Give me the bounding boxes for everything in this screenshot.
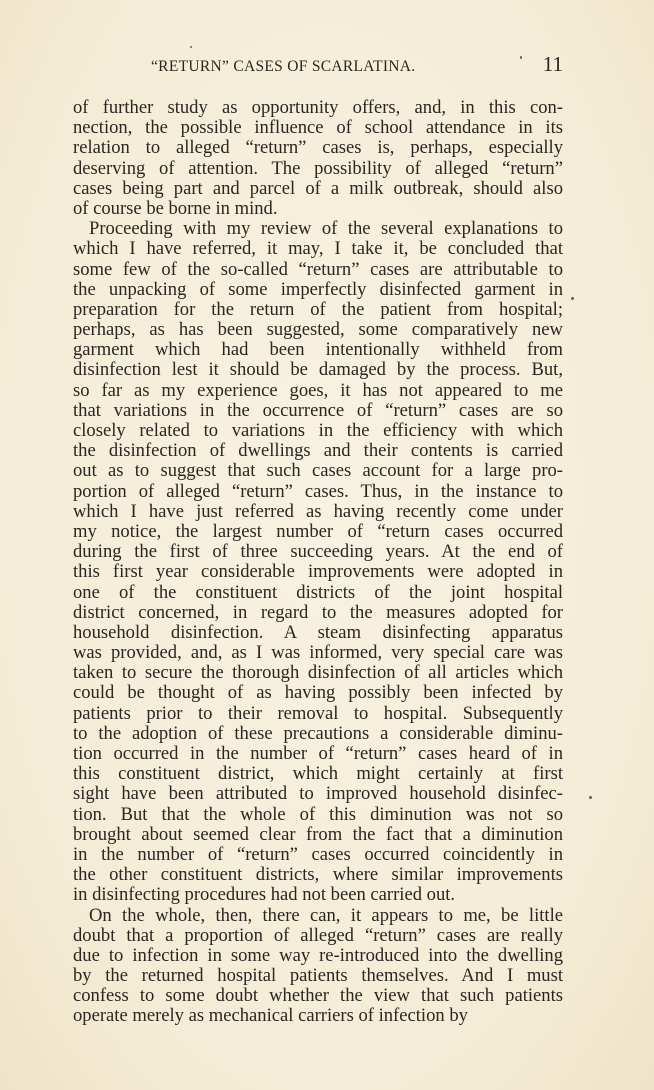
text-line: household disinfection. A steam disinfec… bbox=[73, 623, 563, 643]
page-number: 11 bbox=[543, 52, 563, 77]
text-line: garment which had been intentionally wit… bbox=[73, 340, 563, 360]
print-speck bbox=[571, 297, 574, 300]
text-line: operate merely as mechanical carriers of… bbox=[73, 1006, 563, 1026]
text-line: due to infection in some way re-introduc… bbox=[73, 946, 563, 966]
text-line: of course be borne in mind. bbox=[73, 199, 563, 219]
text-line: nection, the possible influence of schoo… bbox=[73, 118, 563, 138]
print-speck bbox=[520, 56, 522, 59]
text-line: during the first of three succeeding yea… bbox=[73, 542, 563, 562]
text-line: disinfection lest it should be damaged b… bbox=[73, 360, 563, 380]
text-line: by the returned hospital patients themse… bbox=[73, 966, 563, 986]
text-line: the unpacking of some imperfectly disinf… bbox=[73, 280, 563, 300]
text-line: taken to secure the thorough disinfectio… bbox=[73, 663, 563, 683]
book-page: “RETURN” CASES OF SCARLATINA. 11 of furt… bbox=[0, 0, 654, 1090]
text-line: in disinfecting procedures had not been … bbox=[73, 885, 563, 905]
text-line: district concerned, in regard to the mea… bbox=[73, 603, 563, 623]
text-line: that variations in the occurrence of “re… bbox=[73, 401, 563, 421]
text-line: portion of alleged “return” cases. Thus,… bbox=[73, 482, 563, 502]
text-line: one of the constituent districts of the … bbox=[73, 583, 563, 603]
text-line: On the whole, then, there can, it appear… bbox=[73, 906, 563, 926]
text-line: my notice, the largest number of “return… bbox=[73, 522, 563, 542]
paragraph: On the whole, then, there can, it appear… bbox=[73, 906, 563, 1027]
text-line: out as to suggest that such cases accoun… bbox=[73, 461, 563, 481]
text-line: the other constituent districts, where s… bbox=[73, 865, 563, 885]
print-speck bbox=[190, 46, 192, 48]
text-line: tion. But that the whole of this diminut… bbox=[73, 805, 563, 825]
text-line: patients prior to their removal to hospi… bbox=[73, 704, 563, 724]
text-line: so far as my experience goes, it has not… bbox=[73, 381, 563, 401]
text-line: this constituent district, which might c… bbox=[73, 764, 563, 784]
text-line: perhaps, as has been suggested, some com… bbox=[73, 320, 563, 340]
text-line: confess to some doubt whether the view t… bbox=[73, 986, 563, 1006]
text-line: relation to alleged “return” cases is, p… bbox=[73, 138, 563, 158]
text-line: of further study as opportunity offers, … bbox=[73, 98, 563, 118]
text-line: which I have referred, it may, I take it… bbox=[73, 239, 563, 259]
text-line: Proceeding with my review of the several… bbox=[73, 219, 563, 239]
text-line: closely related to variations in the eff… bbox=[73, 421, 563, 441]
text-line: brought about seemed clear from the fact… bbox=[73, 825, 563, 845]
paragraph: of further study as opportunity offers, … bbox=[73, 98, 563, 219]
text-line: deserving of attention. The possibility … bbox=[73, 159, 563, 179]
text-line: sight have been attributed to improved h… bbox=[73, 784, 563, 804]
text-line: the disinfection of dwellings and their … bbox=[73, 441, 563, 461]
text-line: was provided, and, as I was informed, ve… bbox=[73, 643, 563, 663]
text-line: which I have just referred as having rec… bbox=[73, 502, 563, 522]
body-text: of further study as opportunity offers, … bbox=[73, 98, 563, 1027]
text-line: in the number of “return” cases occurred… bbox=[73, 845, 563, 865]
text-line: this first year considerable improvement… bbox=[73, 562, 563, 582]
text-line: could be thought of as having possibly b… bbox=[73, 683, 563, 703]
text-line: tion occurred in the number of “return” … bbox=[73, 744, 563, 764]
running-head: “RETURN” CASES OF SCARLATINA. bbox=[151, 58, 415, 76]
print-speck bbox=[589, 796, 592, 799]
page-header: “RETURN” CASES OF SCARLATINA. 11 bbox=[73, 52, 563, 82]
paragraph: Proceeding with my review of the several… bbox=[73, 219, 563, 905]
text-line: some few of the so-called “return” cases… bbox=[73, 260, 563, 280]
text-line: cases being part and parcel of a milk ou… bbox=[73, 179, 563, 199]
text-line: preparation for the return of the patien… bbox=[73, 300, 563, 320]
text-line: to the adoption of these precautions a c… bbox=[73, 724, 563, 744]
text-line: doubt that a proportion of alleged “retu… bbox=[73, 926, 563, 946]
